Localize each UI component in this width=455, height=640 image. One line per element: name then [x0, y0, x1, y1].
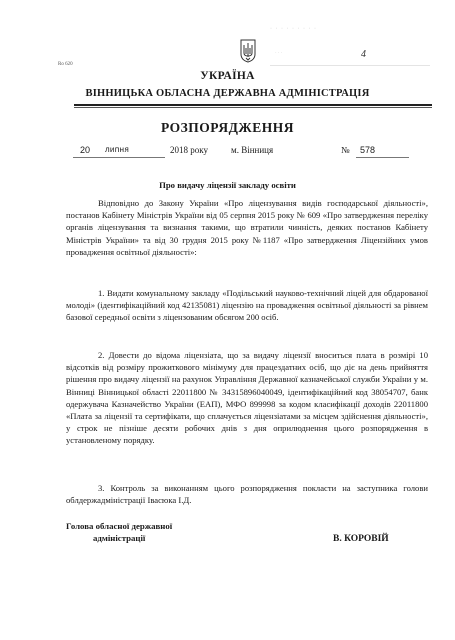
- item-text: 3. Контроль за виконанням цього розпоряд…: [66, 482, 428, 506]
- date-month: липня: [105, 146, 129, 155]
- signatory-name: В. КОРОВІЙ: [333, 534, 389, 544]
- number-underline: [356, 157, 409, 158]
- document-number: 578: [360, 145, 375, 155]
- city: м. Вінниця: [231, 145, 273, 155]
- stamp-divider: [270, 65, 430, 66]
- number-label: №: [341, 145, 350, 155]
- country-name: УКРАЇНА: [0, 70, 455, 82]
- header-rule: [74, 104, 432, 106]
- preamble: Відповідно до Закону України «Про ліценз…: [66, 197, 428, 258]
- position-line-1: Голова обласної державної: [66, 520, 172, 532]
- header-rule-thin: [74, 107, 432, 108]
- item-3: 3. Контроль за виконанням цього розпоряд…: [66, 482, 428, 506]
- signatory-position: Голова обласної державної адміністрації: [66, 520, 172, 544]
- date-year: 2018 року: [170, 145, 208, 155]
- document-subject: Про видачу ліцензії закладу освіти: [0, 180, 455, 190]
- date-underline: [73, 157, 165, 158]
- item-1: 1. Видати комунальному закладу «Подільсь…: [66, 287, 428, 324]
- registration-stamp-text: · · · · · · · · ·: [270, 26, 317, 32]
- authority-name: ВІННИЦЬКА ОБЛАСНА ДЕРЖАВНА АДМІНІСТРАЦІЯ: [0, 88, 455, 99]
- item-text: 2. Довести до відома ліцензіата, що за в…: [66, 349, 428, 447]
- position-line-2: адміністрації: [66, 532, 172, 544]
- preamble-text: Відповідно до Закону України «Про ліценз…: [66, 197, 428, 258]
- item-text: 1. Видати комунальному закладу «Подільсь…: [66, 287, 428, 324]
- document-type: РОЗПОРЯДЖЕННЯ: [0, 120, 455, 136]
- handwritten-number: 4: [361, 49, 366, 60]
- form-code: Ro 620: [58, 62, 73, 67]
- coat-of-arms-icon: [240, 39, 256, 63]
- item-2: 2. Довести до відома ліцензіата, що за в…: [66, 349, 428, 447]
- date-day: 20: [80, 145, 90, 155]
- registration-stamp-date: · · ·: [275, 51, 283, 56]
